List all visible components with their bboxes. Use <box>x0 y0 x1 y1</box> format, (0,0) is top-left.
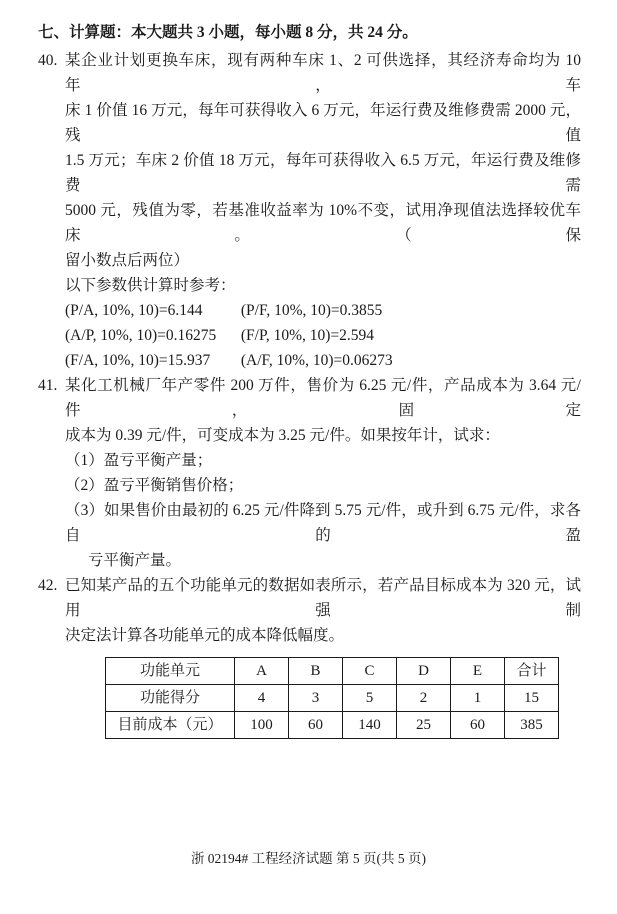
question-42-line-2: 决定法计算各功能单元的成本降低幅度。 <box>65 623 581 648</box>
table-cell-score-b: 3 <box>289 685 343 712</box>
table-cell-score-total: 15 <box>505 685 559 712</box>
function-cost-table: 功能单元 A B C D E 合计 功能得分 4 3 5 <box>105 657 559 739</box>
table-cell-cost-d: 25 <box>397 712 451 739</box>
question-41-body: 某化工机械厂年产零件 200 万件，售价为 6.25 元/件，产品成本为 3.6… <box>65 373 581 573</box>
table-cell-cost-b: 60 <box>289 712 343 739</box>
table-header-function-unit: 功能单元 <box>106 658 235 685</box>
table-cell-cost-a: 100 <box>235 712 289 739</box>
page-footer: 浙 02194# 工程经济试题 第 5 页(共 5 页) <box>0 849 617 869</box>
question-41-number: 41. <box>38 373 65 398</box>
question-40-line-3: 1.5 万元；车床 2 价值 18 万元，每年可获得收入 6.5 万元，年运行费… <box>65 148 581 198</box>
factor-pf: (P/F, 10%, 10)=0.3855 <box>241 302 382 319</box>
table-header-a: A <box>235 658 289 685</box>
question-42-body: 已知某产品的五个功能单元的数据如表所示，若产品目标成本为 320 元，试用强制 … <box>65 573 581 739</box>
question-41-item-2: （2）盈亏平衡销售价格； <box>65 473 581 498</box>
table-cell-score-a: 4 <box>235 685 289 712</box>
table-header-d: D <box>397 658 451 685</box>
factor-ap: (A/P, 10%, 10)=0.16275 <box>65 323 223 348</box>
question-40-line-4: 5000 元，残值为零，若基准收益率为 10%不变，试用净现值法选择较优车床。（… <box>65 198 581 248</box>
exam-page: 七、计算题：本大题共 3 小题，每小题 8 分，共 24 分。 40. 某企业计… <box>0 0 617 914</box>
question-40-number: 40. <box>38 48 65 73</box>
table-cell-score-c: 5 <box>343 685 397 712</box>
factor-line-3: (F/A, 10%, 10)=15.937 (A/F, 10%, 10)=0.0… <box>65 348 581 373</box>
table-header-total: 合计 <box>505 658 559 685</box>
table-row-scores-label: 功能得分 <box>106 685 235 712</box>
table-cell-cost-c: 140 <box>343 712 397 739</box>
factor-reference-intro: 以下参数供计算时参考： <box>65 273 581 298</box>
question-41: 41. 某化工机械厂年产零件 200 万件，售价为 6.25 元/件，产品成本为… <box>38 373 581 573</box>
factor-pa: (P/A, 10%, 10)=6.144 <box>65 298 223 323</box>
factor-line-1: (P/A, 10%, 10)=6.144 (P/F, 10%, 10)=0.38… <box>65 298 581 323</box>
table-header-c: C <box>343 658 397 685</box>
table-row-scores: 功能得分 4 3 5 2 1 15 <box>106 685 559 712</box>
question-40-line-2: 床 1 价值 16 万元，每年可获得收入 6 万元，年运行费及维修费需 2000… <box>65 98 581 148</box>
question-42-number: 42. <box>38 573 65 598</box>
question-41-item-3: （3）如果售价由最初的 6.25 元/件降到 5.75 元/件，或升到 6.75… <box>65 498 581 548</box>
table-cell-score-e: 1 <box>451 685 505 712</box>
question-40: 40. 某企业计划更换车床，现有两种车床 1、2 可供选择，其经济寿命均为 10… <box>38 48 581 373</box>
question-41-item-1: （1）盈亏平衡产量； <box>65 448 581 473</box>
table-row-costs-label: 目前成本（元） <box>106 712 235 739</box>
table-cell-cost-total: 385 <box>505 712 559 739</box>
table-header-row: 功能单元 A B C D E 合计 <box>106 658 559 685</box>
question-40-line-1: 某企业计划更换车床，现有两种车床 1、2 可供选择，其经济寿命均为 10 年，车 <box>65 48 581 98</box>
question-40-body: 某企业计划更换车床，现有两种车床 1、2 可供选择，其经济寿命均为 10 年，车… <box>65 48 581 373</box>
question-41-line-2: 成本为 0.39 元/件，可变成本为 3.25 元/件。如果按年计，试求： <box>65 423 581 448</box>
factor-af: (A/F, 10%, 10)=0.06273 <box>241 352 393 369</box>
table-cell-cost-e: 60 <box>451 712 505 739</box>
question-40-line-5: 留小数点后两位） <box>65 248 581 273</box>
question-42-line-1: 已知某产品的五个功能单元的数据如表所示，若产品目标成本为 320 元，试用强制 <box>65 573 581 623</box>
table-header-b: B <box>289 658 343 685</box>
factor-fp: (F/P, 10%, 10)=2.594 <box>241 327 374 344</box>
factor-fa: (F/A, 10%, 10)=15.937 <box>65 348 223 373</box>
factor-line-2: (A/P, 10%, 10)=0.16275 (F/P, 10%, 10)=2.… <box>65 323 581 348</box>
section-heading: 七、计算题：本大题共 3 小题，每小题 8 分，共 24 分。 <box>38 20 581 45</box>
question-41-item-3-wrap: 亏平衡产量。 <box>65 548 581 573</box>
question-41-line-1: 某化工机械厂年产零件 200 万件，售价为 6.25 元/件，产品成本为 3.6… <box>65 373 581 423</box>
table-header-e: E <box>451 658 505 685</box>
table-row-costs: 目前成本（元） 100 60 140 25 60 385 <box>106 712 559 739</box>
question-42: 42. 已知某产品的五个功能单元的数据如表所示，若产品目标成本为 320 元，试… <box>38 573 581 739</box>
table-cell-score-d: 2 <box>397 685 451 712</box>
page-content: 七、计算题：本大题共 3 小题，每小题 8 分，共 24 分。 40. 某企业计… <box>0 0 617 739</box>
